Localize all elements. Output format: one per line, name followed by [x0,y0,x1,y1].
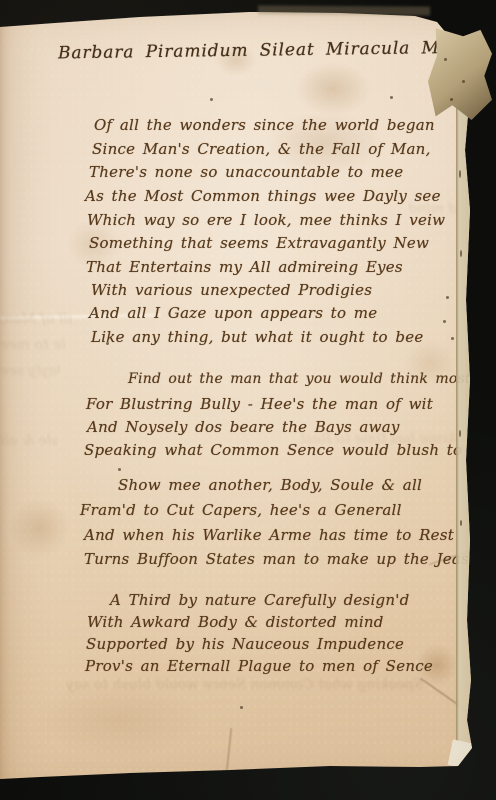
torn-speck [450,98,453,101]
torn-corner-fragment [428,28,492,120]
paper-vignette [0,0,496,800]
torn-speck [462,80,465,83]
manuscript-photo: Speaking what Common Sence would blush t… [0,0,496,800]
torn-top-edge [258,5,430,15]
torn-speck [444,58,447,61]
manuscript-page: Speaking what Common Sence would blush t… [0,0,496,800]
